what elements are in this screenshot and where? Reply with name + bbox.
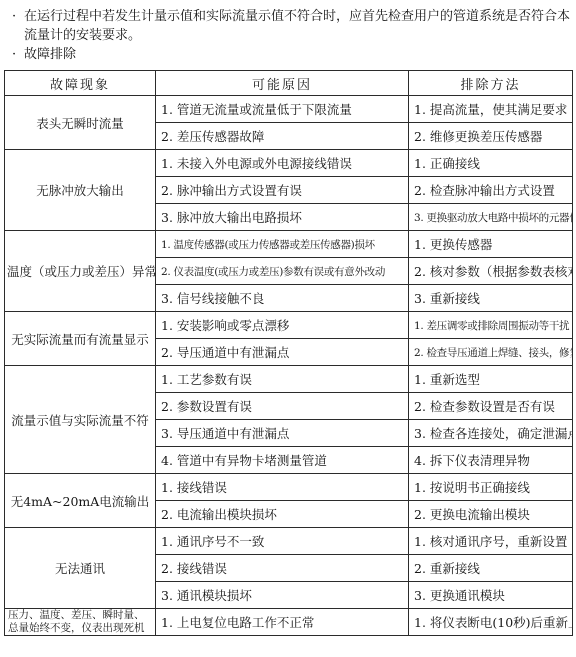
possible-cause-cell: 2. 电流输出模块损坏 — [156, 501, 409, 528]
bullet-dot: · — [12, 7, 16, 26]
possible-cause-cell: 4. 管道中有异物卡堵测量管道 — [156, 447, 409, 474]
section-title: 故障排除 — [24, 47, 76, 62]
fault-phenomenon-cell: 压力、温度、差压、瞬时量、总量始终不变，仪表出现死机 — [5, 609, 156, 636]
remedy-cell: 2. 更换电流输出模块 — [409, 501, 573, 528]
remedy-cell: 2. 检查参数设置是否有误 — [409, 393, 573, 420]
fault-phenomenon-cell: 无4mA~20mA电流输出 — [5, 474, 156, 528]
fault-phenomenon-cell: 无实际流量而有流量显示 — [5, 312, 156, 366]
table-row: 表头无瞬时流量1. 管道无流量或流量低于下限流量1. 提高流量，使其满足要求 — [5, 96, 573, 123]
possible-cause-cell: 3. 通讯模块损坏 — [156, 582, 409, 609]
table-row: 无4mA~20mA电流输出1. 接线错误1. 按说明书正确接线 — [5, 474, 573, 501]
possible-cause-cell: 2. 导压通道中有泄漏点 — [156, 339, 409, 366]
possible-cause-cell: 2. 接线错误 — [156, 555, 409, 582]
manual-page: · 在运行过程中若发生计量示值和实际流量示值不符合时，应首先检查用户的管道系统是… — [0, 0, 576, 636]
remedy-cell: 2. 检查脉冲输出方式设置 — [409, 177, 573, 204]
table-header-row: 故障现象 可能原因 排除方法 — [5, 71, 573, 96]
fault-phenomenon-cell: 温度（或压力或差压）异常 — [5, 231, 156, 312]
table-row: 压力、温度、差压、瞬时量、总量始终不变，仪表出现死机1. 上电复位电路工作不正常… — [5, 609, 573, 636]
remedy-cell: 4. 拆下仪表清理异物 — [409, 447, 573, 474]
table-row: 无法通讯1. 通讯序号不一致1. 核对通讯序号，重新设置 — [5, 528, 573, 555]
remedy-cell: 3. 重新接线 — [409, 285, 573, 312]
table-row: 温度（或压力或差压）异常1. 温度传感器(或压力传感器或差压传感器)损坏1. 更… — [5, 231, 573, 258]
fault-phenomenon-cell: 无脉冲放大输出 — [5, 150, 156, 231]
remedy-cell: 3. 检查各连接处，确定泄漏点 — [409, 420, 573, 447]
possible-cause-cell: 3. 导压通道中有泄漏点 — [156, 420, 409, 447]
possible-cause-cell: 3. 信号线接触不良 — [156, 285, 409, 312]
possible-cause-cell: 2. 脉冲输出方式设置有误 — [156, 177, 409, 204]
remedy-cell: 2. 核对参数（根据参数表核对） — [409, 258, 573, 285]
intro-notes: · 在运行过程中若发生计量示值和实际流量示值不符合时，应首先检查用户的管道系统是… — [14, 7, 570, 64]
remedy-cell: 1. 将仪表断电(10秒)后重新上电 — [409, 609, 573, 636]
remedy-cell: 3. 更换驱动放大电路中损坏的元器件 — [409, 204, 573, 231]
fault-phenomenon-cell: 无法通讯 — [5, 528, 156, 609]
note-line: · 故障排除 — [14, 45, 570, 64]
bullet-dot: · — [12, 45, 16, 64]
possible-cause-cell: 1. 温度传感器(或压力传感器或差压传感器)损坏 — [156, 231, 409, 258]
remedy-cell: 1. 重新选型 — [409, 366, 573, 393]
possible-cause-cell: 3. 脉冲放大输出电路损坏 — [156, 204, 409, 231]
possible-cause-cell: 2. 参数设置有误 — [156, 393, 409, 420]
remedy-cell: 2. 重新接线 — [409, 555, 573, 582]
remedy-cell: 3. 更换通讯模块 — [409, 582, 573, 609]
remedy-cell: 1. 核对通讯序号，重新设置 — [409, 528, 573, 555]
note-text: 在运行过程中若发生计量示值和实际流量示值不符合时，应首先检查用户的管道系统是否符… — [24, 9, 570, 43]
possible-cause-cell: 1. 接线错误 — [156, 474, 409, 501]
table-row: 无脉冲放大输出1. 未接入外电源或外电源接线错误1. 正确接线 — [5, 150, 573, 177]
possible-cause-cell: 1. 通讯序号不一致 — [156, 528, 409, 555]
table-row: 流量示值与实际流量不符1. 工艺参数有误1. 重新选型 — [5, 366, 573, 393]
fault-phenomenon-cell: 流量示值与实际流量不符 — [5, 366, 156, 474]
table-row: 无实际流量而有流量显示1. 安装影响或零点漂移1. 差压调零或排除周围振动等干扰 — [5, 312, 573, 339]
remedy-cell: 2. 维修更换差压传感器 — [409, 123, 573, 150]
header-remedy: 排除方法 — [409, 71, 573, 96]
header-possible-cause: 可能原因 — [156, 71, 409, 96]
remedy-cell: 1. 正确接线 — [409, 150, 573, 177]
possible-cause-cell: 1. 上电复位电路工作不正常 — [156, 609, 409, 636]
possible-cause-cell: 2. 差压传感器故障 — [156, 123, 409, 150]
remedy-cell: 1. 差压调零或排除周围振动等干扰 — [409, 312, 573, 339]
remedy-cell: 1. 提高流量，使其满足要求 — [409, 96, 573, 123]
possible-cause-cell: 2. 仪表温度(或压力或差压)参数有误或有意外改动 — [156, 258, 409, 285]
troubleshooting-table: 故障现象 可能原因 排除方法 表头无瞬时流量1. 管道无流量或流量低于下限流量1… — [4, 70, 573, 636]
fault-phenomenon-cell: 表头无瞬时流量 — [5, 96, 156, 150]
note-line: · 在运行过程中若发生计量示值和实际流量示值不符合时，应首先检查用户的管道系统是… — [14, 7, 570, 45]
possible-cause-cell: 1. 安装影响或零点漂移 — [156, 312, 409, 339]
remedy-cell: 1. 更换传感器 — [409, 231, 573, 258]
possible-cause-cell: 1. 管道无流量或流量低于下限流量 — [156, 96, 409, 123]
possible-cause-cell: 1. 工艺参数有误 — [156, 366, 409, 393]
remedy-cell: 2. 检查导压通道上焊缝、接头，修复泄漏点 — [409, 339, 573, 366]
header-fault-phenomenon: 故障现象 — [5, 71, 156, 96]
possible-cause-cell: 1. 未接入外电源或外电源接线错误 — [156, 150, 409, 177]
remedy-cell: 1. 按说明书正确接线 — [409, 474, 573, 501]
